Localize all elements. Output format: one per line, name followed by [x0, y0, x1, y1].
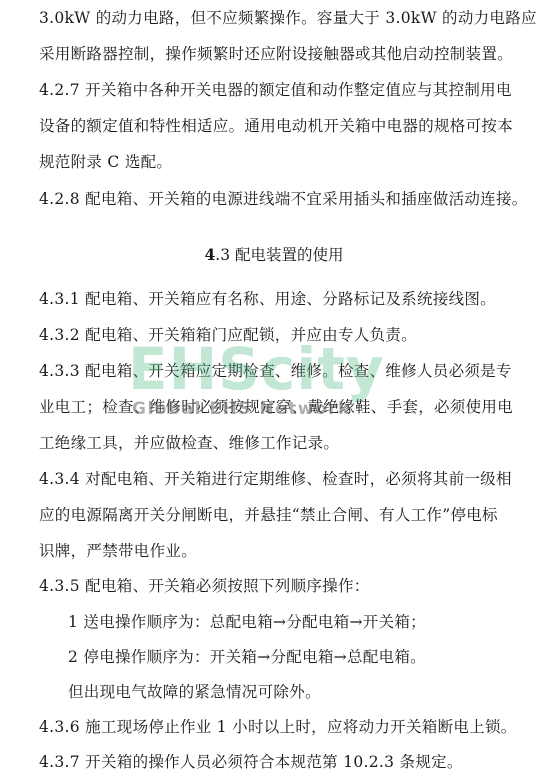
paragraph-line: 规范附录 C 选配。 [39, 152, 172, 172]
clause-4-3-4: 4.3.4 对配电箱、开关箱进行定期维修、检查时，必须将其前一级相 [39, 469, 512, 489]
sub-item-1: 1 送电操作顺序为：总配电箱→分配电箱→开关箱； [68, 612, 426, 632]
paragraph-line: 设备的额定值和特性相适应。通用电动机开关箱中电器的规格可按本 [39, 116, 513, 136]
clause-4-2-8: 4.2.8 配电箱、开关箱的电源进线端不宜采用插头和插座做活动连接。 [39, 189, 528, 209]
clause-4-3-2: 4.3.2 配电箱、开关箱箱门应配锁，并应由专人负责。 [39, 325, 417, 345]
paragraph-line: 业电工；检查、维修时必须按规定穿、戴绝缘鞋、手套，必须使用电 [39, 397, 513, 417]
clause-4-3-5: 4.3.5 配电箱、开关箱必须按照下列顺序操作： [39, 576, 370, 596]
paragraph-line: 识牌，严禁带电作业。 [39, 541, 197, 561]
section-number: 4 [204, 245, 215, 264]
clause-4-3-1: 4.3.1 配电箱、开关箱应有名称、用途、分路标记及系统接线图。 [39, 289, 496, 309]
sub-item-note: 但出现电气故障的紧急情况可除外。 [68, 682, 321, 702]
paragraph-line: 3.0kW 的动力电路，但不应频繁操作。容量大于 3.0kW 的动力电路应 [39, 8, 537, 28]
clause-4-2-7: 4.2.7 开关箱中各种开关电器的额定值和动作整定值应与其控制用电 [39, 80, 512, 100]
clause-4-3-7: 4.3.7 开关箱的操作人员必须符合本规范第 10.2.3 条规定。 [39, 752, 463, 772]
clause-4-3-3: 4.3.3 配电箱、开关箱应定期检查、维修。检查、维修人员必须是专 [39, 361, 512, 381]
paragraph-line: 采用断路器控制，操作频繁时还应附设接触器或其他启动控制装置。 [39, 44, 513, 64]
section-number-rest: .3 [215, 246, 230, 264]
section-title: 配电装置的使用 [230, 246, 343, 264]
document-page: 3.0kW 的动力电路，但不应频繁操作。容量大于 3.0kW 的动力电路应 采用… [0, 0, 548, 779]
clause-4-3-6: 4.3.6 施工现场停止作业 1 小时以上时，应将动力开关箱断电上锁。 [39, 717, 517, 737]
section-heading: 4.3 配电装置的使用 [0, 245, 548, 265]
paragraph-line: 应的电源隔离开关分闸断电，并悬挂“禁止合闸、有人工作”停电标 [39, 505, 498, 525]
sub-item-2: 2 停电操作顺序为：开关箱→分配电箱→总配电箱。 [68, 647, 426, 667]
paragraph-line: 工绝缘工具，并应做检查、维修工作记录。 [39, 433, 339, 453]
